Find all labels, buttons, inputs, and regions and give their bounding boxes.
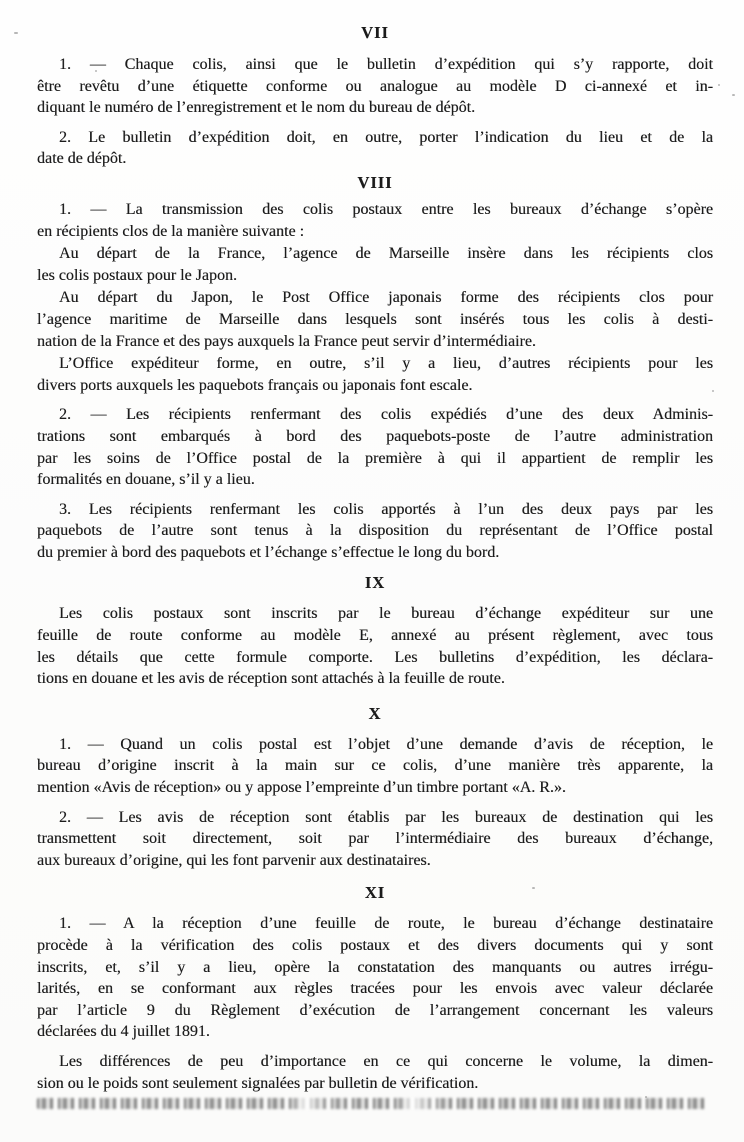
paragraph: 2. Le bulletin d’expédition doit, en out… bbox=[37, 127, 713, 170]
noise-speck bbox=[732, 94, 735, 96]
section-IX: IXLes colis postaux sont inscrits par le… bbox=[37, 572, 713, 689]
noise-speck bbox=[367, 678, 369, 680]
document-page: VII1. — Chaque colis, ainsi que le bulle… bbox=[0, 0, 744, 1142]
text-line: nation de la France et des pays auxquels… bbox=[37, 331, 713, 353]
noise-speck bbox=[14, 32, 18, 34]
text-line: Les colis postaux sont inscrits par le b… bbox=[37, 603, 713, 625]
paragraph: 2. — Les avis de réception sont établis … bbox=[37, 807, 713, 872]
text-line: les colis postaux pour le Japon. bbox=[37, 265, 713, 287]
text-line: procède à la vérification des colis post… bbox=[37, 935, 713, 957]
text-line: L’Office expéditeur forme, en outre, s’i… bbox=[37, 353, 713, 375]
text-line: l’agence maritime de Marseille dans lesq… bbox=[37, 309, 713, 331]
text-line: diquant le numéro de l’enregistrement et… bbox=[37, 97, 713, 119]
section-VIII: VIII1. — La transmission des colis posta… bbox=[37, 172, 713, 564]
text-line: tions en douane et les avis de réception… bbox=[37, 668, 713, 690]
text-line: formalités en douane, s’il y a lieu. bbox=[37, 469, 713, 491]
text-line: 3. Les récipients renfermant les colis a… bbox=[37, 499, 713, 521]
noise-speck bbox=[712, 390, 714, 392]
text-line: mention «Avis de réception» ou y appose … bbox=[37, 777, 713, 799]
text-line: en récipients clos de la manière suivant… bbox=[37, 221, 713, 243]
text-line: bureau d’origine inscrit à la main sur c… bbox=[37, 755, 713, 777]
section-heading: XI bbox=[37, 882, 713, 904]
paragraph: Les différences de peu d’importance en c… bbox=[37, 1051, 713, 1094]
noise-speck bbox=[645, 1096, 647, 1098]
text-line: sion ou le poids sont seulement signalée… bbox=[37, 1073, 713, 1095]
text-line: Au départ du Japon, le Post Office japon… bbox=[37, 287, 713, 309]
paragraph: 1. — La transmission des colis postaux e… bbox=[37, 199, 713, 242]
text-line: par les soins de l’Office postal de la p… bbox=[37, 448, 713, 470]
text-line: feuille de route conforme au modèle E, a… bbox=[37, 625, 713, 647]
paragraph: 1. — Quand un colis postal est l’objet d… bbox=[37, 734, 713, 799]
text-line: date de dépôt. bbox=[37, 148, 713, 170]
section-heading: X bbox=[37, 703, 713, 725]
text-line: divers ports auxquels les paquebots fran… bbox=[37, 375, 713, 397]
text-line: par l’article 9 du Règlement d’exécution… bbox=[37, 1000, 713, 1022]
text-line: inscrits, et, s’il y a lieu, opère la co… bbox=[37, 957, 713, 979]
text-line: Les différences de peu d’importance en c… bbox=[37, 1051, 713, 1073]
text-line: du premier à bord des paquebots et l’éch… bbox=[37, 542, 713, 564]
text-line: 2. Le bulletin d’expédition doit, en out… bbox=[37, 127, 713, 149]
text-line: 1. — Quand un colis postal est l’objet d… bbox=[37, 734, 713, 756]
paragraph: 3. Les récipients renfermant les colis a… bbox=[37, 499, 713, 564]
bleed-through-line bbox=[37, 1098, 706, 1109]
text-line: déclarées du 4 juillet 1891. bbox=[37, 1021, 713, 1043]
text-line: larités, en se conformant aux règles tra… bbox=[37, 978, 713, 1000]
text-line: être revêtu d’une étiquette conforme ou … bbox=[37, 76, 713, 98]
text-column: VII1. — Chaque colis, ainsi que le bulle… bbox=[37, 22, 713, 1109]
text-line: aux bureaux d’origine, qui les font parv… bbox=[37, 850, 713, 872]
paragraph: 1. — Chaque colis, ainsi que le bulletin… bbox=[37, 54, 713, 119]
text-line: Au départ de la France, l’agence de Mars… bbox=[37, 243, 713, 265]
text-line: 2. — Les avis de réception sont établis … bbox=[37, 807, 713, 829]
text-line: paquebots de l’autre sont tenus à la dis… bbox=[37, 520, 713, 542]
paragraph: Au départ de la France, l’agence de Mars… bbox=[37, 243, 713, 286]
paragraph: 1. — A la réception d’une feuille de rou… bbox=[37, 913, 713, 1043]
section-heading: VIII bbox=[37, 172, 713, 194]
paragraph: Les colis postaux sont inscrits par le b… bbox=[37, 603, 713, 689]
paragraph: 2. — Les récipients renfermant des colis… bbox=[37, 404, 713, 490]
text-line: trations sont embarqués à bord des paque… bbox=[37, 426, 713, 448]
noise-speck bbox=[718, 84, 720, 86]
text-line: transmettent soit directement, soit par … bbox=[37, 828, 713, 850]
paragraph: Au départ du Japon, le Post Office japon… bbox=[37, 287, 713, 352]
text-line: 1. — La transmission des colis postaux e… bbox=[37, 199, 713, 221]
paragraph: L’Office expéditeur forme, en outre, s’i… bbox=[37, 353, 713, 396]
text-line: 1. — Chaque colis, ainsi que le bulletin… bbox=[37, 54, 713, 76]
section-heading: VII bbox=[37, 22, 713, 44]
noise-speck bbox=[532, 887, 535, 889]
section-heading: IX bbox=[37, 572, 713, 594]
document-sections: VII1. — Chaque colis, ainsi que le bulle… bbox=[37, 22, 713, 1094]
text-line: 1. — A la réception d’une feuille de rou… bbox=[37, 913, 713, 935]
noise-speck bbox=[95, 70, 97, 72]
text-line: les détails que cette formule comporte. … bbox=[37, 647, 713, 669]
section-X: X1. — Quand un colis postal est l’objet … bbox=[37, 703, 713, 872]
text-line: 2. — Les récipients renfermant des colis… bbox=[37, 404, 713, 426]
section-XI: XI1. — A la réception d’une feuille de r… bbox=[37, 882, 713, 1094]
section-VII: VII1. — Chaque colis, ainsi que le bulle… bbox=[37, 22, 713, 170]
